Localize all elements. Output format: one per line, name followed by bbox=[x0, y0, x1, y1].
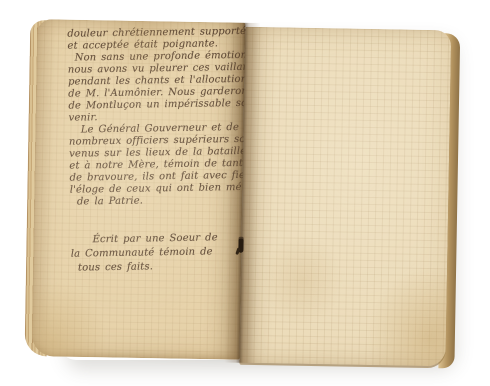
right-page-blank bbox=[239, 27, 451, 367]
open-notebook: douleur chrétiennement supportée et acce… bbox=[24, 19, 460, 366]
left-page: douleur chrétiennement supportée et acce… bbox=[32, 19, 246, 360]
manuscript-text: douleur chrétiennement supportée et acce… bbox=[67, 26, 253, 275]
manuscript-line: Écrit par une Soeur de bbox=[70, 232, 252, 247]
manuscript-line: la Communauté témoin de bbox=[71, 246, 253, 261]
manuscript-line: tous ces faits. bbox=[71, 260, 253, 275]
manuscript-line: de la Patrie. bbox=[70, 194, 252, 209]
photo-scene: douleur chrétiennement supportée et acce… bbox=[0, 0, 490, 386]
binding-stitch bbox=[238, 239, 243, 253]
